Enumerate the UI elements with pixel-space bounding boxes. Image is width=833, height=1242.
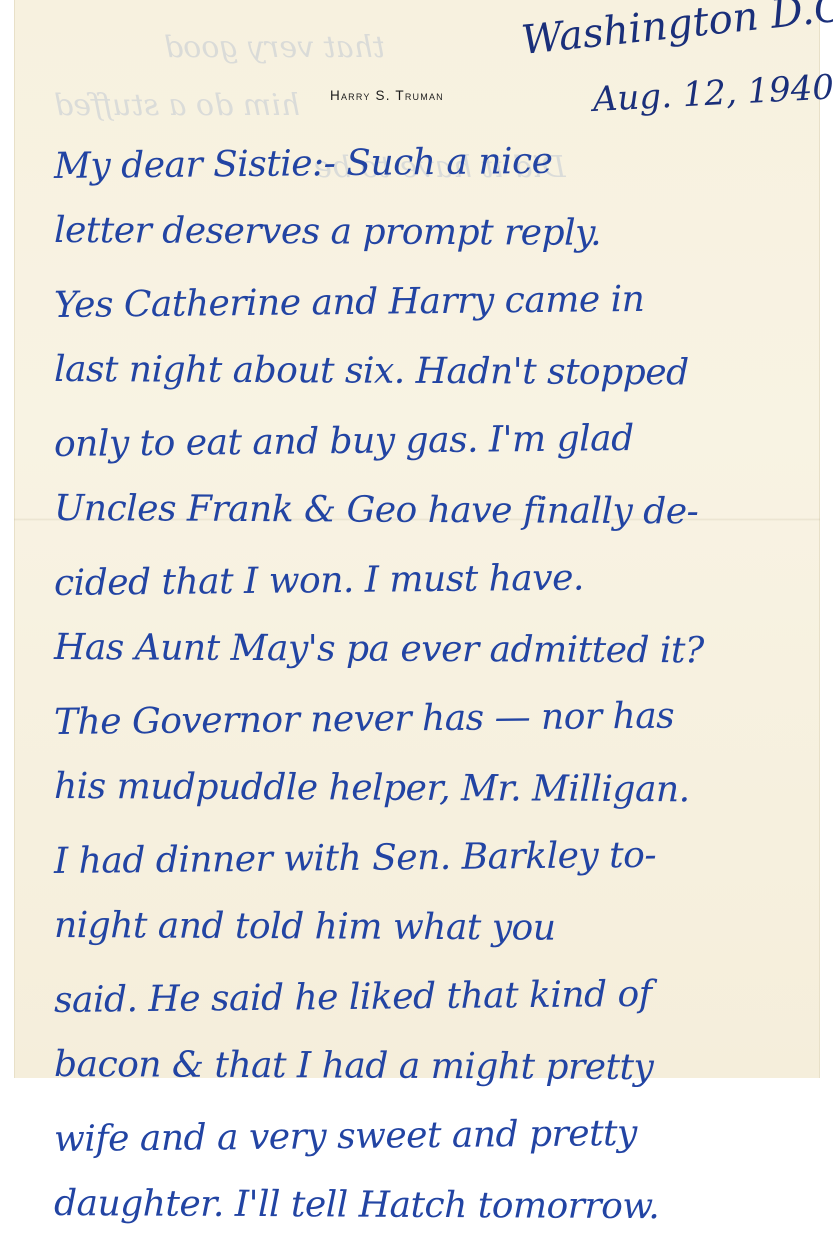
bleed-through-text: him do a stuffed	[54, 88, 300, 123]
letter-line: cided that I won. I must have.	[54, 541, 825, 619]
letter-place: Washington D.C.	[519, 0, 833, 64]
letter-line: said. He said he liked that kind of	[54, 958, 825, 1036]
letter-line: bacon & that I had a might pretty	[54, 1029, 824, 1102]
letter-body: My dear Sistie:- Such a nice letter dese…	[54, 128, 824, 1102]
letter-page: that very good him do a stuffed Did it h…	[14, 0, 820, 1078]
letter-line: Yes Catherine and Harry came in	[54, 263, 825, 341]
letter-line: The Governor never has — nor has	[54, 680, 825, 758]
letter-line: night and told him what you	[54, 890, 824, 964]
bleed-through-text: that very good	[164, 30, 385, 65]
letter-line: Uncles Frank & Geo have finally de-	[54, 473, 824, 547]
letter-line: I had dinner with Sen. Barkley to-	[54, 819, 825, 897]
letter-line: letter deserves a prompt reply.	[54, 195, 824, 269]
letter-date: Aug. 12, 1940.	[592, 67, 833, 120]
letter-line: only to eat and buy gas. I'm glad	[54, 402, 825, 480]
letter-line: My dear Sistie:- Such a nice	[54, 124, 825, 202]
letter-line: his mudpuddle helper, Mr. Milligan.	[54, 751, 824, 825]
letter-line: Has Aunt May's pa ever admitted it?	[54, 612, 824, 686]
letterhead: Harry S. Truman	[330, 88, 444, 103]
letter-line: last night about six. Hadn't stopped	[54, 334, 824, 408]
